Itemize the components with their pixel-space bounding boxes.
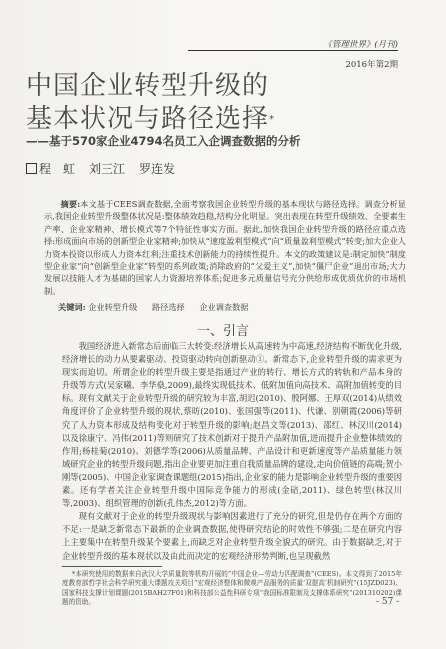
author-box-icon	[26, 163, 37, 174]
body-paragraph: 我国经济进入新常态后面临三大转变:经济增长从高速转为中高速,经济结构不断优化升级…	[62, 340, 402, 510]
title-line-1: 中国企业转型升级的	[26, 70, 275, 103]
article-subtitle: ——基于570家企业4794名员工入企调查数据的分析	[26, 133, 301, 149]
footnote-text: *本研究使用的数据来自武汉大学质量院等机构开展的“中国企业—劳动力匹配调查”(C…	[62, 570, 402, 608]
journal-header: 《管理世界》(月刊) 2016年第2期	[323, 38, 398, 70]
abstract-label: 摘要:	[60, 199, 80, 209]
section-heading: 一、引言	[0, 320, 446, 339]
article-title: 中国企业转型升级的 基本状况与路径选择*	[26, 70, 275, 136]
abstract-text: 本文基于CEES调查数据,全面考察我国企业转型升级的基本现状与路径选择。调查分析…	[44, 199, 406, 296]
keyword: 路径选择	[152, 302, 185, 312]
body-paragraph: 现有文献对于企业的转型升级现状与影响因素进行了充分的研究,但是仍存在两个方面的不…	[62, 510, 402, 562]
author: 程 虹	[39, 162, 75, 176]
body-text: 我国经济进入新常态后面临三大转变:经济增长从高速转为中高速,经济结构不断优化升级…	[62, 340, 402, 563]
keywords-label: 关键词:	[58, 302, 86, 312]
page-number: - 57 -	[376, 597, 399, 607]
keywords: 关键词: 企业转型升级 路径选择 企业调查数据	[58, 302, 260, 313]
author: 罗连发	[139, 162, 175, 176]
header-rule	[188, 50, 398, 51]
author: 刘三江	[89, 162, 125, 176]
abstract: 摘要:本文基于CEES调查数据,全面考察我国企业转型升级的基本现状与路径选择。调…	[44, 198, 406, 297]
keyword: 企业转型升级	[88, 302, 137, 312]
footnote: *本研究使用的数据来自武汉大学质量院等机构开展的“中国企业—劳动力匹配调查”(C…	[62, 570, 402, 608]
paper-page: 《管理世界》(月刊) 2016年第2期 中国企业转型升级的 基本状况与路径选择*…	[0, 0, 446, 649]
title-line-2: 基本状况与路径选择	[26, 104, 269, 134]
keyword: 企业调查数据	[199, 302, 248, 312]
title-footnote-mark: *	[269, 114, 275, 125]
journal-issue: 2016年第2期	[323, 58, 398, 70]
author-list: 程 虹刘三江罗连发	[26, 160, 189, 177]
footnote-rule	[62, 566, 162, 567]
